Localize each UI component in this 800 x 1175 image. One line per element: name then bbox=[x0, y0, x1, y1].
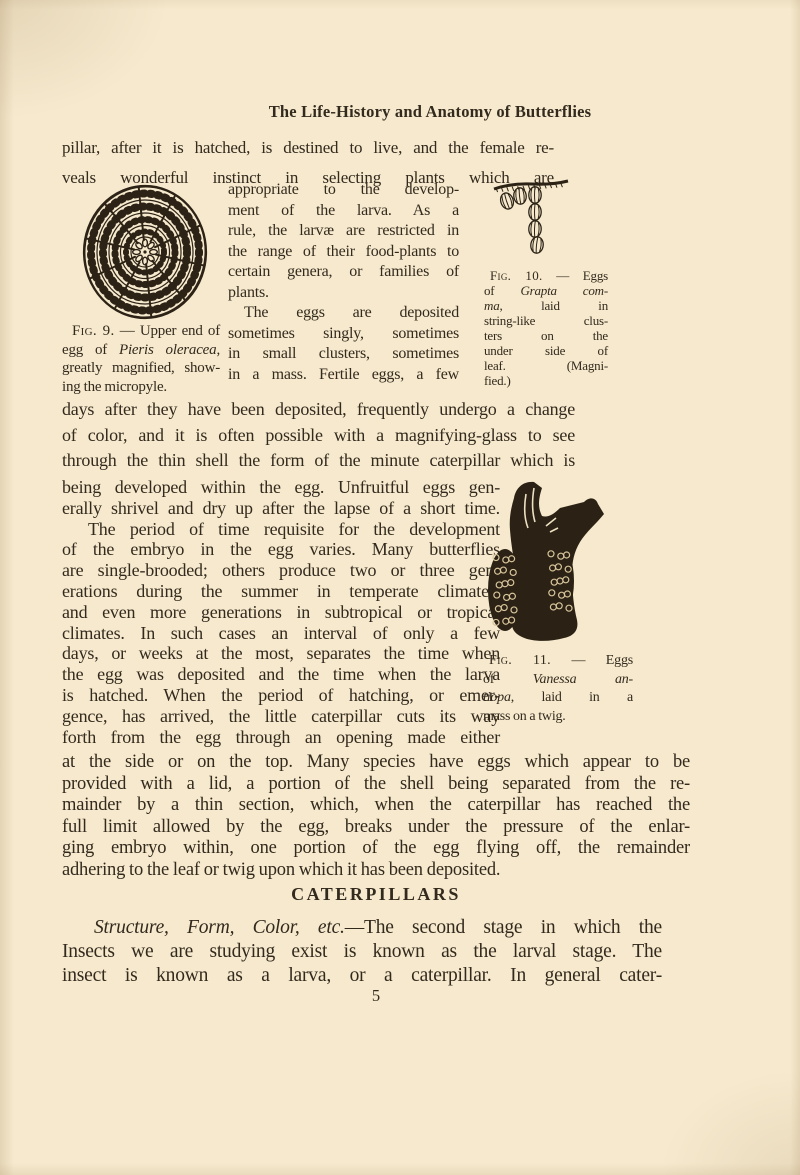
text-line: ters on the bbox=[484, 328, 608, 343]
text-line: leaf. (Magni- bbox=[484, 358, 608, 373]
text-segment: full limit allowed by the egg, breaks un… bbox=[62, 817, 690, 837]
text-line: insect is known as a larva, or a caterpi… bbox=[62, 964, 662, 988]
text-line: of Grapta com- bbox=[484, 283, 608, 298]
text-segment: are single-brooded; others produce two o… bbox=[62, 560, 500, 580]
text-segment: at the side or on the top. Many species … bbox=[62, 752, 690, 772]
column-paragraph: appropriate to the develop-ment of the l… bbox=[228, 180, 459, 385]
text-segment: mass on a twig. bbox=[483, 709, 566, 724]
text-segment: The eggs are deposited bbox=[244, 304, 459, 321]
text-segment: of bbox=[484, 283, 520, 298]
text-segment: the range of their food-plants to bbox=[228, 243, 459, 260]
text-line: ging embryo within, one portion of the e… bbox=[62, 838, 690, 860]
text-segment: of bbox=[483, 672, 533, 687]
text-segment: ment of the larva. As a bbox=[228, 202, 459, 219]
text-segment: —The second stage in which the bbox=[345, 917, 662, 938]
text-line: of the embryo in the egg varies. Many bu… bbox=[62, 539, 500, 560]
text-segment: erally shrivel and dry up after the laps… bbox=[62, 498, 500, 518]
text-line: the range of their food-plants to bbox=[228, 242, 459, 263]
page-number: 5 bbox=[62, 986, 690, 1006]
text-segment: , laid in a bbox=[511, 690, 633, 705]
text-line: ing the micropyle. bbox=[62, 378, 220, 397]
text-segment: — Eggs bbox=[551, 653, 633, 668]
text-segment: ma bbox=[484, 298, 500, 313]
text-segment: greatly magnified, show- bbox=[62, 360, 220, 376]
text-line: mainder by a thin section, which, when t… bbox=[62, 795, 690, 817]
text-line: Fig. 10. — Eggs bbox=[484, 268, 608, 283]
text-line: days, or weeks at the most, separates th… bbox=[62, 643, 500, 664]
text-segment: mainder by a thin section, which, when t… bbox=[62, 795, 690, 815]
text-segment: pillar, after it is hatched, is destined… bbox=[62, 138, 554, 157]
text-line: days after they have been deposited, fre… bbox=[62, 397, 575, 423]
text-segment: , laid in bbox=[500, 298, 609, 313]
text-segment: Vanessa an- bbox=[533, 672, 633, 687]
text-segment: appropriate to the develop- bbox=[228, 181, 459, 198]
text-line: of Vanessa an- bbox=[483, 671, 633, 690]
text-segment: Pieris oleracea bbox=[119, 342, 216, 358]
text-segment: being developed within the egg. Unfruitf… bbox=[62, 477, 500, 497]
text-line: greatly magnified, show- bbox=[62, 359, 220, 378]
text-segment: gence, has arrived, the little caterpill… bbox=[62, 706, 500, 726]
text-segment: and even more generations in subtropical… bbox=[62, 602, 500, 622]
text-segment: climates. In such cases an interval of o… bbox=[62, 623, 500, 643]
text-line: mass on a twig. bbox=[483, 708, 633, 727]
text-line: The eggs are deposited bbox=[228, 303, 459, 324]
text-line: pillar, after it is hatched, is destined… bbox=[62, 133, 554, 163]
text-line: and even more generations in subtropical… bbox=[62, 602, 500, 623]
text-line: of color, and it is often possible with … bbox=[62, 423, 575, 449]
text-line: adhering to the leaf or twig upon which … bbox=[62, 860, 690, 882]
text-line: The period of time requisite for the dev… bbox=[62, 519, 500, 540]
text-segment: leaf. (Magni- bbox=[484, 358, 608, 373]
text-line: fied.) bbox=[484, 373, 608, 388]
text-line: rule, the larvæ are restricted in bbox=[228, 221, 459, 242]
text-segment: ging embryo within, one portion of the e… bbox=[62, 838, 690, 858]
text-segment: The period of time requisite for the dev… bbox=[88, 519, 500, 539]
text-line: plants. bbox=[228, 283, 459, 304]
fig9-illustration bbox=[78, 182, 212, 322]
running-header: The Life-History and Anatomy of Butterfl… bbox=[100, 102, 760, 122]
text-segment: ing the micropyle. bbox=[62, 379, 167, 395]
text-segment: — Eggs bbox=[543, 268, 608, 283]
text-line: is hatched. When the period of hatching,… bbox=[62, 685, 500, 706]
text-segment: string-like clus- bbox=[484, 313, 608, 328]
paragraph-egg-lid: at the side or on the top. Many species … bbox=[62, 752, 690, 881]
text-segment: — Upper end of bbox=[115, 323, 220, 339]
text-line: are single-brooded; others produce two o… bbox=[62, 560, 500, 581]
text-segment: egg of bbox=[62, 342, 119, 358]
text-segment: , bbox=[216, 342, 220, 358]
text-line: erations during the summer in temperate … bbox=[62, 581, 500, 602]
text-segment: days, or weeks at the most, separates th… bbox=[62, 643, 500, 663]
paragraph-caterpillar-structure: Structure, Form, Color, etc.—The second … bbox=[62, 916, 662, 988]
text-segment: adhering to the leaf or twig upon which … bbox=[62, 860, 500, 880]
text-segment: the egg was deposited and the time when … bbox=[62, 664, 500, 684]
book-page: The Life-History and Anatomy of Butterfl… bbox=[0, 0, 800, 1175]
text-segment: Fig. 10. bbox=[490, 268, 543, 283]
fig11-illustration bbox=[486, 478, 638, 644]
text-segment: of the embryo in the egg varies. Many bu… bbox=[62, 539, 500, 559]
paragraph-embryo-period: being developed within the egg. Unfruitf… bbox=[62, 477, 500, 747]
text-segment: Fig. 11. bbox=[489, 653, 551, 668]
text-segment: rule, the larvæ are restricted in bbox=[228, 222, 459, 239]
text-segment: plants. bbox=[228, 284, 269, 301]
text-line: Structure, Form, Color, etc.—The second … bbox=[62, 916, 662, 940]
text-line: gence, has arrived, the little caterpill… bbox=[62, 706, 500, 727]
text-line: appropriate to the develop- bbox=[228, 180, 459, 201]
text-line: erally shrivel and dry up after the laps… bbox=[62, 498, 500, 519]
text-segment: is hatched. When the period of hatching,… bbox=[62, 685, 500, 705]
text-segment: fied.) bbox=[484, 373, 511, 388]
text-line: through the thin shell the form of the m… bbox=[62, 448, 575, 474]
text-segment: insect is known as a larva, or a caterpi… bbox=[62, 965, 662, 986]
text-line: Fig. 11. — Eggs bbox=[483, 652, 633, 671]
text-segment: Grapta com- bbox=[520, 283, 608, 298]
text-line: ment of the larva. As a bbox=[228, 201, 459, 222]
text-line: climates. In such cases an interval of o… bbox=[62, 623, 500, 644]
text-segment: certain genera, or families of bbox=[228, 263, 459, 280]
section-heading-caterpillars: CATERPILLARS bbox=[62, 884, 690, 905]
text-line: full limit allowed by the egg, breaks un… bbox=[62, 817, 690, 839]
text-segment: forth from the egg through an opening ma… bbox=[62, 727, 500, 747]
text-segment: Fig. 9. bbox=[72, 323, 115, 339]
text-line: in small clusters, sometimes bbox=[228, 344, 459, 365]
text-segment: through the thin shell the form of the m… bbox=[62, 450, 575, 470]
text-segment: Structure, Form, Color, etc. bbox=[94, 917, 345, 938]
text-line: ma, laid in bbox=[484, 298, 608, 313]
text-segment: ters on the bbox=[484, 328, 608, 343]
egg-mass-on-twig-drawing bbox=[486, 478, 638, 644]
text-segment: in a mass. Fertile eggs, a few bbox=[228, 366, 459, 383]
paragraph-eggs-change: days after they have been deposited, fre… bbox=[62, 397, 575, 474]
text-line: the egg was deposited and the time when … bbox=[62, 664, 500, 685]
fig10-illustration bbox=[492, 174, 570, 264]
egg-string-on-leaf-drawing bbox=[492, 174, 570, 264]
fig9-caption: Fig. 9. — Upper end ofegg of Pieris oler… bbox=[62, 322, 220, 396]
text-segment: erations during the summer in temperate … bbox=[62, 581, 500, 601]
text-line: sometimes singly, sometimes bbox=[228, 324, 459, 345]
text-segment: in small clusters, sometimes bbox=[228, 345, 459, 362]
text-segment: sometimes singly, sometimes bbox=[228, 325, 459, 342]
text-line: egg of Pieris oleracea, bbox=[62, 341, 220, 360]
text-line: in a mass. Fertile eggs, a few bbox=[228, 365, 459, 386]
text-segment: of color, and it is often possible with … bbox=[62, 425, 575, 445]
text-line: Insects we are studying exist is known a… bbox=[62, 940, 662, 964]
text-segment: Insects we are studying exist is known a… bbox=[62, 941, 662, 962]
fig10-caption: Fig. 10. — Eggsof Grapta com-ma, laid in… bbox=[484, 268, 608, 388]
text-segment: days after they have been deposited, fre… bbox=[62, 399, 575, 419]
fig11-caption: Fig. 11. — Eggsof Vanessa an-tiopa, laid… bbox=[483, 652, 633, 726]
text-line: under side of bbox=[484, 343, 608, 358]
text-line: tiopa, laid in a bbox=[483, 689, 633, 708]
text-line: string-like clus- bbox=[484, 313, 608, 328]
text-line: provided with a lid, a portion of the sh… bbox=[62, 774, 690, 796]
text-line: being developed within the egg. Unfruitf… bbox=[62, 477, 500, 498]
text-line: Fig. 9. — Upper end of bbox=[62, 322, 220, 341]
text-segment: tiopa bbox=[483, 690, 511, 705]
text-line: certain genera, or families of bbox=[228, 262, 459, 283]
text-segment: under side of bbox=[484, 343, 608, 358]
text-segment: provided with a lid, a portion of the sh… bbox=[62, 774, 690, 794]
text-line: forth from the egg through an opening ma… bbox=[62, 727, 500, 748]
egg-micropyle-drawing bbox=[78, 182, 212, 322]
text-line: at the side or on the top. Many species … bbox=[62, 752, 690, 774]
